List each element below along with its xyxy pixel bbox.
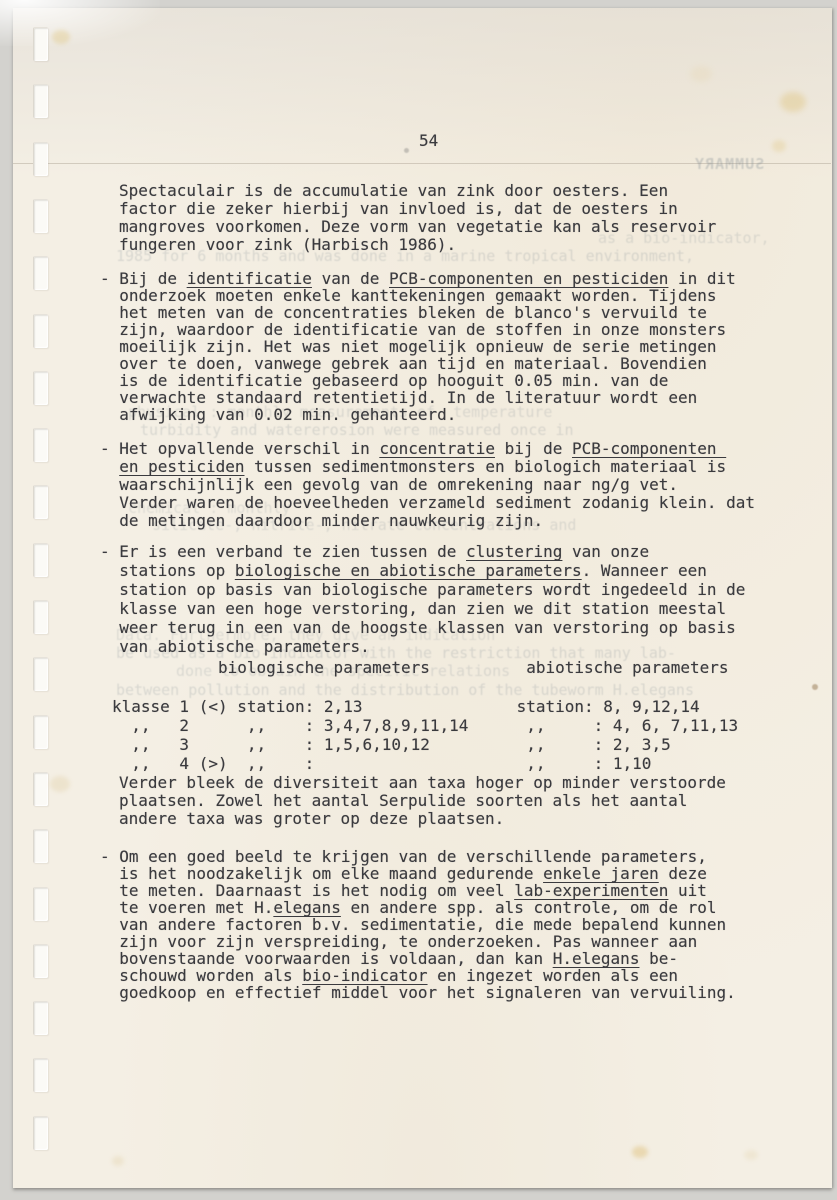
text-line: klasse 1 (<) station: 2,13 station: 8, 9… — [112, 697, 738, 716]
binding-hole — [33, 428, 48, 462]
text-line: over te doen, vanwege gebrek aan tijd en… — [100, 355, 736, 372]
binding-hole — [33, 772, 48, 806]
text-block-table-header: biologische parameters abiotische parame… — [112, 659, 729, 677]
page-number: 54 — [419, 131, 438, 150]
text-line: fungeren voor zink (Harbisch 1986). — [119, 236, 716, 254]
text-line: - Er is een verband te zien tussen de cl… — [100, 542, 745, 561]
text-line: Verder waren de hoeveelheden verzameld s… — [100, 494, 755, 512]
text-line: schouwd worden als bio-indicator en inge… — [100, 967, 736, 984]
text-line: de metingen daardoor minder nauwkeurig z… — [100, 512, 755, 530]
text-line: moeilijk zijn. Het was niet mogelijk opn… — [100, 338, 736, 355]
text-block-bullet-identificatie: - Bij de identificatie van de PCB-compon… — [100, 270, 736, 423]
text-line: zijn voor zijn verspreiding, te onderzoe… — [100, 933, 736, 950]
text-line: andere taxa was groter op deze plaatsen. — [119, 810, 726, 828]
text-line: is het noodzakelijk om elke maand gedure… — [100, 865, 736, 882]
text-line: weer terug in een van de hoogste klassen… — [100, 618, 745, 637]
text-block-para-spectaculair: Spectaculair is de accumulatie van zink … — [119, 182, 716, 254]
text-line: onderzoek moeten enkele kanttekeningen g… — [100, 287, 736, 304]
binding-hole — [33, 829, 48, 863]
text-line: - Het opvallende verschil in concentrati… — [100, 440, 755, 458]
text-line: stations op biologische en abiotische pa… — [100, 561, 745, 580]
scanned-document-page: 54 SUMMARYas a bio-indicator,1985 for 6 … — [0, 0, 837, 1200]
text-line: bovenstaande voorwaarden is voldaan, dan… — [100, 950, 736, 967]
binding-hole — [33, 887, 48, 921]
text-line: van andere factoren b.v. sedimentatie, d… — [100, 916, 736, 933]
text-line: - Om een goed beeld te krijgen van de ve… — [100, 848, 736, 865]
binding-hole — [33, 314, 48, 348]
text-line: klasse van een hoge verstoring, dan zien… — [100, 599, 745, 618]
text-line: en pesticiden tussen sedimentmonsters en… — [100, 458, 755, 476]
text-line: van abiotische parameters. — [100, 637, 745, 656]
text-line: ,, 4 (>) ,, : ,, : 1,10 — [112, 754, 738, 773]
text-block-para-verder: Verder bleek de diversiteit aan taxa hog… — [119, 774, 726, 828]
binding-hole — [33, 485, 48, 519]
binding-hole — [33, 199, 48, 233]
binding-hole — [33, 715, 48, 749]
text-block-bullet-goed-beeld: - Om een goed beeld te krijgen van de ve… — [100, 848, 736, 1001]
text-line: ,, 3 ,, : 1,5,6,10,12 ,, : 2, 3,5 — [112, 735, 738, 754]
text-line: is de identificatie gebaseerd op hooguit… — [100, 372, 736, 389]
text-block-bullet-clustering: - Er is een verband te zien tussen de cl… — [100, 542, 745, 656]
text-line: station op basis van biologische paramet… — [100, 580, 745, 599]
binding-hole — [33, 371, 48, 405]
text-line: mangroves voorkomen. Deze vorm van veget… — [119, 218, 716, 236]
binding-hole — [33, 27, 48, 61]
text-line: zijn, waardoor de identificatie van de s… — [100, 321, 736, 338]
text-line: afwijking van 0.02 min. gehanteerd. — [100, 406, 736, 423]
binding-hole — [33, 944, 48, 978]
binding-hole — [33, 142, 48, 176]
text-line: ,, 2 ,, : 3,4,7,8,9,11,14 ,, : 4, 6, 7,1… — [112, 716, 738, 735]
text-line: Spectaculair is de accumulatie van zink … — [119, 182, 716, 200]
text-line: waarschijnlijk een gevolg van de omreken… — [100, 476, 755, 494]
text-line: biologische parameters abiotische parame… — [112, 659, 729, 677]
text-line: verwachte standaard retentietijd. In de … — [100, 389, 736, 406]
binding-hole — [33, 1001, 48, 1035]
text-block-table-rows: klasse 1 (<) station: 2,13 station: 8, 9… — [112, 697, 738, 773]
page-crease-line — [13, 163, 831, 164]
text-line: plaatsen. Zowel het aantal Serpulide soo… — [119, 792, 726, 810]
text-line: het meten van de concentraties bleken de… — [100, 304, 736, 321]
text-block-bullet-concentratie: - Het opvallende verschil in concentrati… — [100, 440, 755, 530]
binding-hole — [33, 256, 48, 290]
binding-hole — [33, 543, 48, 577]
binding-hole — [33, 1058, 48, 1092]
binding-hole — [33, 657, 48, 691]
binding-hole — [33, 1116, 48, 1150]
text-line: factor die zeker hierbij van invloed is,… — [119, 200, 716, 218]
binding-hole — [33, 84, 48, 118]
text-line: te voeren met H.elegans en andere spp. a… — [100, 899, 736, 916]
binding-hole — [33, 600, 48, 634]
text-line: Verder bleek de diversiteit aan taxa hog… — [119, 774, 726, 792]
text-line: - Bij de identificatie van de PCB-compon… — [100, 270, 736, 287]
text-line: te meten. Daarnaast is het nodig om veel… — [100, 882, 736, 899]
text-line: goedkoop en effectief middel voor het si… — [100, 984, 736, 1001]
